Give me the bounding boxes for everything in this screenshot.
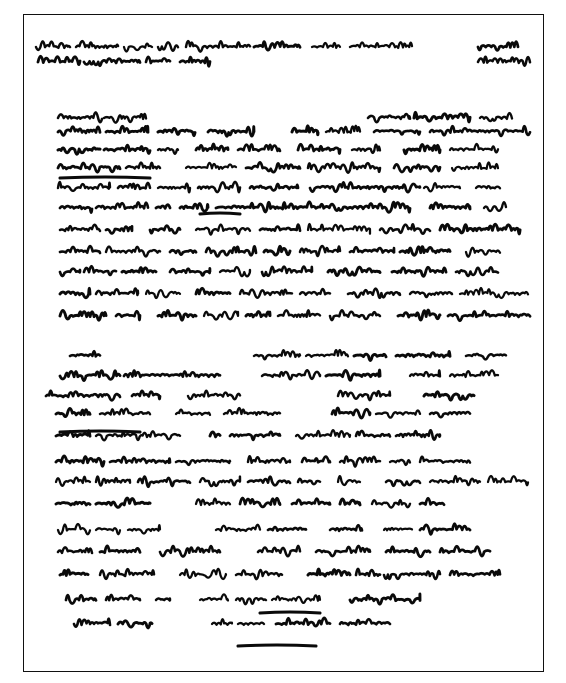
handwritten-word xyxy=(208,127,254,137)
handwritten-word xyxy=(110,457,170,463)
handwritten-word xyxy=(176,460,230,465)
handwritten-word xyxy=(246,162,300,172)
handwritten-word xyxy=(224,408,280,415)
handwritten-word xyxy=(100,409,150,415)
handwritten-word xyxy=(330,310,380,320)
handwritten-word xyxy=(420,524,470,535)
handwritten-word xyxy=(96,288,138,294)
handwritten-word xyxy=(196,144,228,151)
handwritten-word xyxy=(430,476,480,485)
handwritten-word xyxy=(350,594,420,604)
handwritten-word xyxy=(60,310,106,320)
handwritten-word xyxy=(374,130,420,134)
handwritten-word xyxy=(340,456,380,466)
handwritten-word xyxy=(158,311,196,321)
handwritten-word xyxy=(350,247,394,252)
handwritten-word xyxy=(212,619,232,625)
handwritten-word xyxy=(410,370,440,376)
handwritten-word xyxy=(484,202,506,211)
handwritten-word xyxy=(180,569,226,579)
manuscript-line xyxy=(60,246,500,257)
handwritten-word xyxy=(230,432,280,440)
handwritten-word xyxy=(302,457,330,463)
handwritten-word xyxy=(332,408,370,418)
handwritten-word xyxy=(58,547,92,553)
handwritten-word xyxy=(312,43,340,48)
handwritten-word xyxy=(440,224,520,234)
manuscript-line xyxy=(60,224,520,234)
handwritten-word xyxy=(352,145,380,153)
handwritten-word xyxy=(196,288,230,294)
handwritten-word xyxy=(158,148,178,154)
handwritten-word xyxy=(328,267,380,275)
handwritten-word xyxy=(260,225,300,231)
handwritten-word xyxy=(350,42,412,48)
handwritten-word xyxy=(338,476,360,485)
handwritten-word xyxy=(126,163,160,169)
handwritten-word xyxy=(456,267,498,276)
handwritten-word xyxy=(262,370,320,379)
handwritten-word xyxy=(128,525,160,533)
handwritten-word xyxy=(396,430,440,439)
handwritten-word xyxy=(58,127,100,136)
handwritten-word xyxy=(186,41,250,51)
manuscript-line xyxy=(60,310,530,321)
handwritten-word xyxy=(246,312,270,317)
handwritten-word xyxy=(368,114,410,122)
handwritten-word xyxy=(478,42,518,51)
handwritten-word xyxy=(56,408,90,416)
handwritten-word xyxy=(238,144,280,151)
handwritten-word xyxy=(106,247,160,257)
handwritten-word xyxy=(476,186,500,188)
handwritten-word xyxy=(308,162,380,172)
handwritten-word xyxy=(398,310,440,320)
handwritten-word xyxy=(480,113,512,121)
handwritten-word xyxy=(96,498,150,507)
manuscript-line xyxy=(58,112,512,122)
handwritten-word xyxy=(466,248,500,257)
handwritten-word xyxy=(262,267,312,276)
handwritten-word xyxy=(216,202,410,213)
handwritten-word xyxy=(278,310,320,316)
handwritten-word xyxy=(292,126,318,135)
manuscript-line xyxy=(58,546,490,557)
handwritten-word xyxy=(124,44,152,52)
handwritten-word xyxy=(198,182,240,192)
handwritten-word xyxy=(240,498,280,507)
handwritten-text xyxy=(0,0,566,683)
handwritten-word xyxy=(74,619,110,627)
manuscript-line xyxy=(58,162,498,172)
handwritten-word xyxy=(460,288,528,298)
handwritten-word xyxy=(106,595,140,600)
handwritten-word xyxy=(200,594,228,600)
handwritten-word xyxy=(66,595,96,603)
handwritten-word xyxy=(430,412,470,417)
handwritten-word xyxy=(414,112,470,121)
handwritten-word xyxy=(394,164,440,172)
handwritten-word xyxy=(146,57,170,63)
handwritten-word xyxy=(348,289,400,298)
handwritten-word xyxy=(100,569,154,579)
underline-stroke xyxy=(60,431,140,432)
manuscript-line xyxy=(46,391,474,401)
handwritten-word xyxy=(104,145,150,153)
manuscript-line xyxy=(58,524,470,535)
handwritten-word xyxy=(200,477,240,486)
manuscript-line xyxy=(56,456,470,467)
handwritten-word xyxy=(420,498,444,505)
handwritten-word xyxy=(450,144,498,152)
manuscript-line xyxy=(58,144,498,154)
handwritten-word xyxy=(264,246,290,255)
handwritten-word xyxy=(258,546,300,556)
handwritten-word xyxy=(156,598,170,600)
handwritten-word xyxy=(240,290,292,298)
handwritten-word xyxy=(96,477,130,486)
handwritten-word xyxy=(158,184,190,193)
handwritten-word xyxy=(326,370,380,380)
handwritten-word xyxy=(376,410,420,417)
handwritten-word xyxy=(156,205,170,209)
handwritten-word xyxy=(216,525,260,531)
handwritten-word xyxy=(100,546,140,553)
handwritten-word xyxy=(170,268,210,275)
handwritten-word xyxy=(118,621,152,628)
handwritten-word xyxy=(372,500,410,507)
manuscript-line xyxy=(60,288,528,298)
handwritten-word xyxy=(160,546,220,556)
handwritten-word xyxy=(420,457,470,463)
handwritten-word xyxy=(254,350,300,359)
handwritten-word xyxy=(310,182,420,192)
handwritten-word xyxy=(60,246,100,253)
handwritten-word xyxy=(186,163,236,169)
handwritten-word xyxy=(56,456,104,466)
handwritten-word xyxy=(340,619,390,625)
handwritten-word xyxy=(104,114,146,123)
handwritten-word xyxy=(254,42,300,50)
handwritten-word xyxy=(390,460,410,465)
handwritten-word xyxy=(116,311,140,320)
handwritten-word xyxy=(356,569,380,576)
manuscript-line xyxy=(56,408,470,418)
handwritten-word xyxy=(206,246,256,256)
handwritten-word xyxy=(316,546,370,556)
handwritten-word xyxy=(276,618,330,626)
manuscript-line xyxy=(60,569,500,579)
handwritten-word xyxy=(60,371,120,381)
handwritten-word xyxy=(132,391,160,399)
handwritten-word xyxy=(354,354,386,360)
handwritten-word xyxy=(296,430,350,438)
handwritten-word xyxy=(268,527,306,531)
handwritten-word xyxy=(204,312,238,320)
handwritten-word xyxy=(176,410,210,415)
handwritten-word xyxy=(60,206,92,212)
handwritten-word xyxy=(96,528,120,534)
handwritten-word xyxy=(58,182,110,191)
manuscript-line xyxy=(36,41,518,51)
manuscript-line xyxy=(74,618,390,628)
handwritten-word xyxy=(308,569,350,576)
handwritten-word xyxy=(430,126,530,136)
handwritten-word xyxy=(180,203,208,211)
handwritten-word xyxy=(180,57,210,66)
handwritten-word xyxy=(450,370,498,377)
manuscript-line xyxy=(38,56,530,66)
handwritten-word xyxy=(340,499,360,505)
handwritten-word xyxy=(158,128,195,135)
manuscript-line xyxy=(58,126,530,137)
handwritten-word xyxy=(196,225,250,235)
handwritten-word xyxy=(478,57,530,66)
handwritten-word xyxy=(356,431,390,437)
underline-stroke xyxy=(260,612,320,613)
handwritten-word xyxy=(326,126,360,133)
handwritten-word xyxy=(466,354,506,360)
handwritten-word xyxy=(146,290,180,298)
handwritten-word xyxy=(384,528,412,530)
handwritten-word xyxy=(58,112,102,122)
manuscript-line xyxy=(56,498,444,507)
handwritten-word xyxy=(410,292,452,297)
handwritten-word xyxy=(386,480,420,485)
manuscript-line xyxy=(58,182,500,192)
handwritten-word xyxy=(56,502,90,505)
handwritten-word xyxy=(60,288,90,297)
underline-stroke xyxy=(200,213,240,214)
handwritten-word xyxy=(424,392,474,400)
handwritten-word xyxy=(56,477,90,486)
handwritten-word xyxy=(210,432,220,437)
handwritten-word xyxy=(248,477,290,486)
manuscript-line xyxy=(66,594,420,604)
handwritten-word xyxy=(392,267,446,276)
manuscript-line xyxy=(70,350,506,361)
handwritten-word xyxy=(58,163,120,172)
handwritten-word xyxy=(298,144,340,153)
handwritten-word xyxy=(36,41,70,50)
handwritten-word xyxy=(306,350,348,357)
handwritten-word xyxy=(300,289,330,295)
handwritten-word xyxy=(330,525,362,531)
handwritten-word xyxy=(70,351,100,356)
handwritten-word xyxy=(84,59,140,66)
handwritten-word xyxy=(248,456,290,463)
handwritten-word xyxy=(440,546,490,556)
handwritten-word xyxy=(488,476,528,485)
manuscript-line xyxy=(60,370,498,380)
handwritten-word xyxy=(338,391,390,400)
handwritten-word xyxy=(158,42,178,50)
handwritten-word xyxy=(424,183,460,191)
handwritten-word xyxy=(236,598,266,604)
handwritten-word xyxy=(238,623,264,625)
handwritten-word xyxy=(76,41,118,48)
handwritten-word xyxy=(138,477,190,487)
handwritten-word xyxy=(272,595,320,603)
handwritten-word xyxy=(60,225,100,231)
manuscript-line xyxy=(60,266,498,276)
handwritten-word xyxy=(106,126,148,133)
handwritten-word xyxy=(106,226,132,233)
handwritten-word xyxy=(298,479,320,484)
handwritten-word xyxy=(384,571,440,579)
handwritten-word xyxy=(300,246,340,256)
underline-stroke xyxy=(60,177,150,178)
handwritten-word xyxy=(84,266,116,275)
handwritten-word xyxy=(150,226,180,234)
handwritten-word xyxy=(400,247,450,256)
handwritten-word xyxy=(452,162,498,170)
handwritten-word xyxy=(46,391,120,401)
handwritten-word xyxy=(450,570,500,576)
handwritten-word xyxy=(196,499,230,505)
handwritten-word xyxy=(396,351,450,357)
handwritten-word xyxy=(118,183,150,189)
handwritten-word xyxy=(96,202,148,208)
handwritten-word xyxy=(38,56,80,64)
handwritten-word xyxy=(308,224,370,234)
manuscript-line xyxy=(60,202,506,213)
handwritten-word xyxy=(60,269,80,276)
handwritten-word xyxy=(448,311,530,321)
handwritten-word xyxy=(292,499,330,505)
handwritten-word xyxy=(220,267,250,276)
handwritten-word xyxy=(58,524,90,534)
handwritten-word xyxy=(404,144,440,153)
underline-stroke xyxy=(238,645,316,646)
handwritten-word xyxy=(386,547,430,557)
manuscript-line xyxy=(56,476,528,487)
handwritten-word xyxy=(58,148,100,154)
handwritten-word xyxy=(236,570,282,579)
handwritten-word xyxy=(122,268,156,273)
handwritten-word xyxy=(60,570,88,576)
handwritten-word xyxy=(430,203,470,209)
handwritten-word xyxy=(124,371,220,377)
handwritten-word xyxy=(380,224,430,234)
handwritten-word xyxy=(170,250,196,254)
handwritten-word xyxy=(250,184,298,190)
handwritten-word xyxy=(188,391,240,400)
